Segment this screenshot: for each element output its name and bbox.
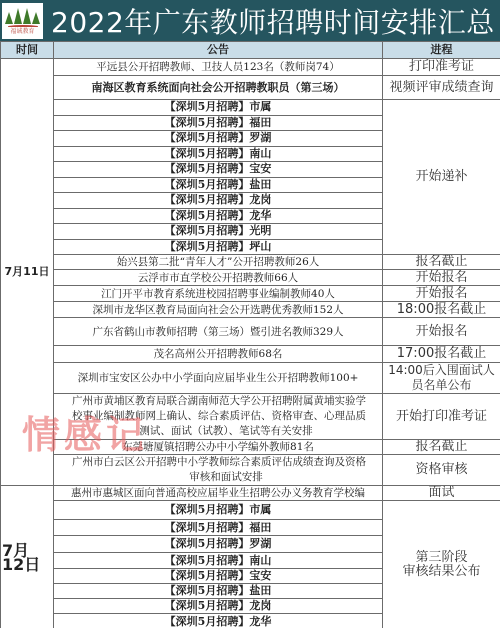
status-line: 第三阶段 [385,551,498,565]
notice-cell: 【深圳5月招聘】市属 [54,100,383,116]
notice-cell: 【深圳5月招聘】龙华 [54,614,383,628]
notice-cell: 广州市白云区公开招聘中小学教师综合素质评估成绩查询及资格 审核和面试安排 [54,455,383,486]
table-row: 南海区教育系统面向社会公开招聘教职员（第三场） 视频评审成绩查询 [1,76,500,100]
table-row: 东莞塘厦镇招聘公办中小学编外教师81名 报名截止 [1,440,500,455]
table-header-row: 时间 公告 进程 [1,42,500,59]
notice-cell: 始兴县第二批“青年人才”公开招聘教师26人 [54,255,383,270]
notice-cell: 【深圳5月招聘】光明 [54,224,383,240]
notice-cell: 【深圳5月招聘】罗湖 [54,131,383,147]
notice-cell: 【深圳5月招聘】龙华 [54,208,383,224]
brand-logo: 福诚教育 [2,3,43,39]
status-cell: 17:00报名截止 [383,346,500,363]
notice-cell: 南海区教育系统面向社会公开招聘教职员（第三场） [54,76,383,100]
notice-cell: 江门开平市教育系统进校园招聘事业编制教师40人 [54,286,383,302]
notice-cell: 云浮市市直学校公开招聘教师66人 [54,270,383,286]
status-cell: 报名截止 [383,255,500,270]
notice-cell: 深圳市宝安区公办中小学面向应届毕业生公开招聘教师100+ [54,363,383,394]
notice-cell: 【深圳5月招聘】盐田 [54,584,383,599]
table-row: 广东省鹤山市教师招聘（第三场）暨引进名教师329人 开始报名 [1,318,500,346]
table-row: 7月12日 惠州市惠城区面向普通高校应届毕业生招聘公办义务教育学校编 面试 [1,486,500,501]
notice-cell: 东莞塘厦镇招聘公办中小学编外教师81名 [54,440,383,455]
table-row: 深圳市宝安区公办中小学面向应届毕业生公开招聘教师100+ 14:00后入围面试人… [1,363,500,394]
table-row: 7月11日 平远县公开招聘教师、卫技人员123名（教师岗74） 打印准考证 [1,59,500,76]
status-cell: 开始报名 [383,318,500,346]
notice-cell: 广州市黄埔区教育局联合湖南师范大学公开招聘附属黄埔实验学 校事业编制教师网上确认… [54,394,383,440]
date-cell-jul12: 7月12日 [1,486,54,628]
table-row: 【深圳5月招聘】市属 开始递补 [1,100,500,116]
status-cell: 面试 [383,486,500,501]
status-cell: 报名截止 [383,440,500,455]
notice-cell: 惠州市惠城区面向普通高校应届毕业生招聘公办义务教育学校编 [54,486,383,501]
status-cell: 资格审核 [383,455,500,486]
date-cell-jul11: 7月11日 [1,59,54,486]
status-cell: 18:00报名截止 [383,302,500,318]
table-row: 始兴县第二批“青年人才”公开招聘教师26人 报名截止 [1,255,500,270]
notice-cell: 【深圳5月招聘】市属 [54,501,383,520]
notice-cell: 【深圳5月招聘】南山 [54,146,383,162]
notice-line: 测试、面试（试教）、笔试等有关安排 [72,424,380,439]
notice-cell: 【深圳5月招聘】宝安 [54,162,383,178]
status-cell: 打印准考证 [383,59,500,76]
status-cell: 开始打印准考证 [383,394,500,440]
status-line: 审核结果公布 [385,565,498,579]
notice-cell: 广东省鹤山市教师招聘（第三场）暨引进名教师329人 [54,318,383,346]
header-notice: 公告 [54,42,383,59]
notice-cell: 【深圳5月招聘】福田 [54,520,383,536]
status-cell: 视频评审成绩查询 [383,76,500,100]
notice-cell: 【深圳5月招聘】坪山 [54,239,383,255]
logo-text: 福诚教育 [10,28,34,36]
table-row: 江门开平市教育系统进校园招聘事业编制教师40人 开始报名 [1,286,500,302]
status-cell: 第三阶段 审核结果公布 [383,501,500,628]
notice-line: 广州市白云区公开招聘中小学教师综合素质评估成绩查询及资格 [72,455,380,470]
notice-cell: 【深圳5月招聘】宝安 [54,569,383,584]
header-date: 时间 [1,42,54,59]
notice-cell: 平远县公开招聘教师、卫技人员123名（教师岗74） [54,59,383,76]
table-row: 茂名高州公开招聘教师68名 17:00报名截止 [1,346,500,363]
title-bar: 福诚教育 2022年广东教师招聘时间安排汇总 [0,0,500,41]
notice-cell: 【深圳5月招聘】罗湖 [54,536,383,553]
status-cell: 开始报名 [383,270,500,286]
notice-cell: 【深圳5月招聘】福田 [54,115,383,131]
status-line: 员名单公布 [385,378,498,393]
trees-icon [5,6,40,24]
schedule-table: 时间 公告 进程 7月11日 平远县公开招聘教师、卫技人员123名（教师岗74）… [0,41,500,628]
notice-line: 校事业编制教师网上确认、综合素质评估、资格审查、心理品质 [72,409,380,424]
notice-line: 广州市黄埔区教育局联合湖南师范大学公开招聘附属黄埔实验学 [72,394,380,409]
notice-cell: 茂名高州公开招聘教师68名 [54,346,383,363]
notice-line: 审核和面试安排 [72,470,380,485]
notice-cell: 【深圳5月招聘】龙岗 [54,193,383,209]
status-cell: 开始递补 [383,100,500,255]
table-row: 【深圳5月招聘】市属 第三阶段 审核结果公布 [1,501,500,520]
notice-cell: 【深圳5月招聘】龙岗 [54,599,383,614]
status-line: 14:00后入围面试人 [385,363,498,378]
notice-cell: 【深圳5月招聘】盐田 [54,177,383,193]
table-row: 云浮市市直学校公开招聘教师66人 开始报名 [1,270,500,286]
table-row: 广州市黄埔区教育局联合湖南师范大学公开招聘附属黄埔实验学 校事业编制教师网上确认… [1,394,500,440]
header-status: 进程 [383,42,500,59]
table-row: 广州市白云区公开招聘中小学教师综合素质评估成绩查询及资格 审核和面试安排 资格审… [1,455,500,486]
notice-cell: 【深圳5月招聘】南山 [54,553,383,569]
page-title: 2022年广东教师招聘时间安排汇总 [51,1,495,41]
status-cell: 14:00后入围面试人 员名单公布 [383,363,500,394]
notice-cell: 深圳市龙华区教育局面向社会公开选聘优秀教师152人 [54,302,383,318]
table-row: 深圳市龙华区教育局面向社会公开选聘优秀教师152人 18:00报名截止 [1,302,500,318]
status-cell: 开始报名 [383,286,500,302]
